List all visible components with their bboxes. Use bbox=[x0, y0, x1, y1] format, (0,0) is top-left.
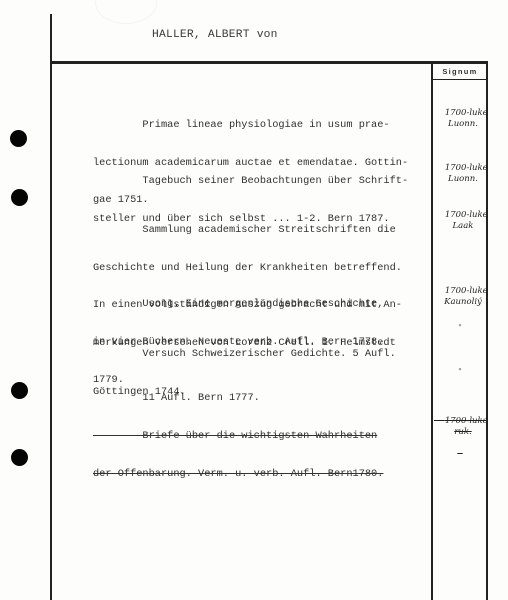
entry-line: der Offenbarung. Verm. u. verb. Aufl. Be… bbox=[93, 468, 433, 481]
signum-ditto-mark: " bbox=[434, 322, 486, 333]
author-heading: HALLER, ALBERT von bbox=[152, 29, 278, 41]
entry-line: Sammlung academischer Streitschriften di… bbox=[93, 224, 433, 237]
faded-stamp bbox=[95, 0, 157, 24]
entry-line: Primae lineae physiologiae in usum prae- bbox=[93, 119, 433, 132]
punch-hole bbox=[10, 130, 27, 147]
entry-line: Usong. Eine morgenländische Geschichte, bbox=[93, 298, 433, 311]
heading-rule bbox=[50, 61, 488, 64]
signum-handwritten: 1700-lukeLaak bbox=[434, 199, 486, 254]
signum-ditto-mark: " bbox=[434, 366, 486, 377]
punch-hole bbox=[11, 449, 28, 466]
entry-line: 11 Aufl. Bern 1777. bbox=[93, 392, 433, 405]
entry-line: Tagebuch seiner Beobachtungen über Schri… bbox=[93, 175, 433, 188]
signum-column-header: Signum bbox=[433, 64, 487, 79]
entry-line: Briefe über die wichtigsten Wahrheiten bbox=[93, 430, 433, 443]
signum-header-rule bbox=[431, 79, 488, 80]
signum-column-right-rule bbox=[486, 62, 488, 600]
entry-line: Versuch Schweizerischer Gedichte. 5 Aufl… bbox=[93, 348, 433, 361]
signum-handwritten-cancelled: 1700-lukeruk. bbox=[434, 405, 486, 460]
left-margin-rule bbox=[50, 14, 52, 600]
catalog-card: HALLER, ALBERT von Signum Primae lineae … bbox=[0, 0, 508, 600]
catalog-entry-cancelled: Briefe über die wichtigsten Wahrheiten d… bbox=[93, 405, 433, 505]
punch-hole bbox=[11, 189, 28, 206]
punch-hole bbox=[11, 382, 28, 399]
signum-handwritten: 1700-lukeLuonn. bbox=[434, 97, 486, 152]
